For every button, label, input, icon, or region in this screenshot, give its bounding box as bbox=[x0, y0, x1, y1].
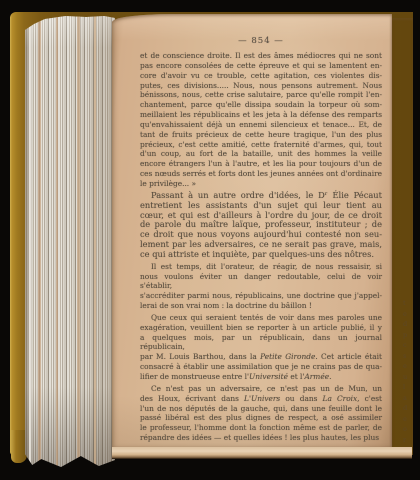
text-fragment: a bbox=[403, 393, 412, 404]
text-fragment: e bbox=[403, 361, 412, 372]
book-pages-fore-edge bbox=[25, 16, 115, 468]
text-line: tant de fruits précieux de cette heure t… bbox=[140, 130, 382, 140]
text-line: lifier de monstrueuse entre l'Université… bbox=[140, 372, 382, 382]
paragraph: Il est temps, dit l'orateur, de réagir, … bbox=[140, 262, 382, 311]
page-edge-streak bbox=[77, 16, 80, 468]
text-fragment: p bbox=[403, 330, 412, 341]
text-line: passé libéral est des plus dignes de res… bbox=[140, 413, 382, 423]
text-line: ces nœuds serrés et forts dont les jeune… bbox=[140, 169, 382, 179]
page-edge-streak bbox=[29, 16, 31, 468]
facing-page-strip: tedpcseuladeor bbox=[392, 18, 413, 455]
paragraph: Passant à un autre ordre d'idées, le Dʳ … bbox=[140, 191, 382, 260]
page-edge-streak bbox=[94, 16, 96, 468]
paragraph: Ce n'est pas un adversaire, ce n'est pas… bbox=[140, 384, 382, 443]
text-line: putes, ces divisions..... Nous, nous pen… bbox=[140, 81, 382, 91]
text-line: chantement, parce qu'elle dissipa soudai… bbox=[140, 100, 382, 110]
text-fragment: l bbox=[403, 382, 412, 393]
text-line: core d'avoir vu ce trouble, cette agitat… bbox=[140, 71, 382, 81]
text-line: nous voulons éviter un danger redoutable… bbox=[140, 272, 382, 292]
book-page: — 854 — et de conscience droite. Il est … bbox=[112, 14, 392, 448]
page-text: et de conscience droite. Il est des âmes… bbox=[140, 51, 382, 443]
text-line: par M. Louis Barthou, dans la Petite Gir… bbox=[140, 352, 382, 362]
text-line: s'accréditer parmi nous, républicains, u… bbox=[140, 291, 382, 301]
facing-page-text-fragments: tedpcseuladeor bbox=[403, 298, 412, 445]
text-fragment: e bbox=[403, 309, 412, 320]
text-fragment: t bbox=[403, 298, 412, 309]
paragraph: et de conscience droite. Il est des âmes… bbox=[140, 51, 382, 189]
text-fragment: o bbox=[403, 424, 412, 435]
page-edge-streak bbox=[56, 16, 58, 468]
text-line: le professeur, l'homme dont la fonction … bbox=[140, 423, 382, 433]
text-line: meillaient les républicains et les jeta … bbox=[140, 110, 382, 120]
text-line: ce qui attriste et inquiète, par quelque… bbox=[140, 250, 382, 260]
text-fragment: d bbox=[403, 319, 412, 330]
text-line: qu'envahissaient déjà un ennemi silencie… bbox=[140, 120, 382, 130]
text-line: bénissons, nous, cette crise salutaire, … bbox=[140, 90, 382, 100]
text-line: précieux, c'est cette amitié, cette frat… bbox=[140, 140, 382, 150]
paragraph: Que ceux qui seraient tentés de voir dan… bbox=[140, 313, 382, 382]
scanned-book-photo: — 854 — et de conscience droite. Il est … bbox=[0, 0, 420, 480]
text-line: répandre des idées — et quelles idées ! … bbox=[140, 433, 382, 443]
text-line: consacré à établir une assimilation que … bbox=[140, 362, 382, 372]
text-fragment: d bbox=[403, 403, 412, 414]
text-line: Que ceux qui seraient tentés de voir dan… bbox=[140, 313, 382, 323]
text-line: pas encore consolées de cette épreuve et… bbox=[140, 61, 382, 71]
text-line: Ce n'est pas un adversaire, ce n'est pas… bbox=[140, 384, 382, 394]
text-line: et de conscience droite. Il est des âmes… bbox=[140, 51, 382, 61]
text-line: d'un coup, au fort de la bataille, unit … bbox=[140, 149, 382, 159]
text-line: encore étrangers l'un à l'autre, et les … bbox=[140, 159, 382, 169]
text-line: lerai de son vrai nom : la doctrine du b… bbox=[140, 301, 382, 311]
text-line: des Houx, écrivant dans L'Univers ou dan… bbox=[140, 394, 382, 404]
text-line: exagération, veuillent bien se reporter … bbox=[140, 323, 382, 333]
text-fragment: c bbox=[403, 340, 412, 351]
text-line: a quelques mois, par un républicain, dan… bbox=[140, 333, 382, 353]
text-line: l'un de nos députés de la gauche, qui, d… bbox=[140, 404, 382, 414]
text-fragment: u bbox=[403, 372, 412, 383]
book-cover-bottom bbox=[11, 430, 27, 463]
text-line: le privilège... » bbox=[140, 179, 382, 189]
text-fragment: r bbox=[403, 435, 412, 446]
text-fragment: e bbox=[403, 414, 412, 425]
text-line: Il est temps, dit l'orateur, de réagir, … bbox=[140, 262, 382, 272]
page-bottom-edge bbox=[112, 447, 412, 459]
text-fragment: s bbox=[403, 351, 412, 362]
page-number: — 854 — bbox=[140, 36, 382, 46]
page-edge-streak bbox=[38, 16, 41, 468]
